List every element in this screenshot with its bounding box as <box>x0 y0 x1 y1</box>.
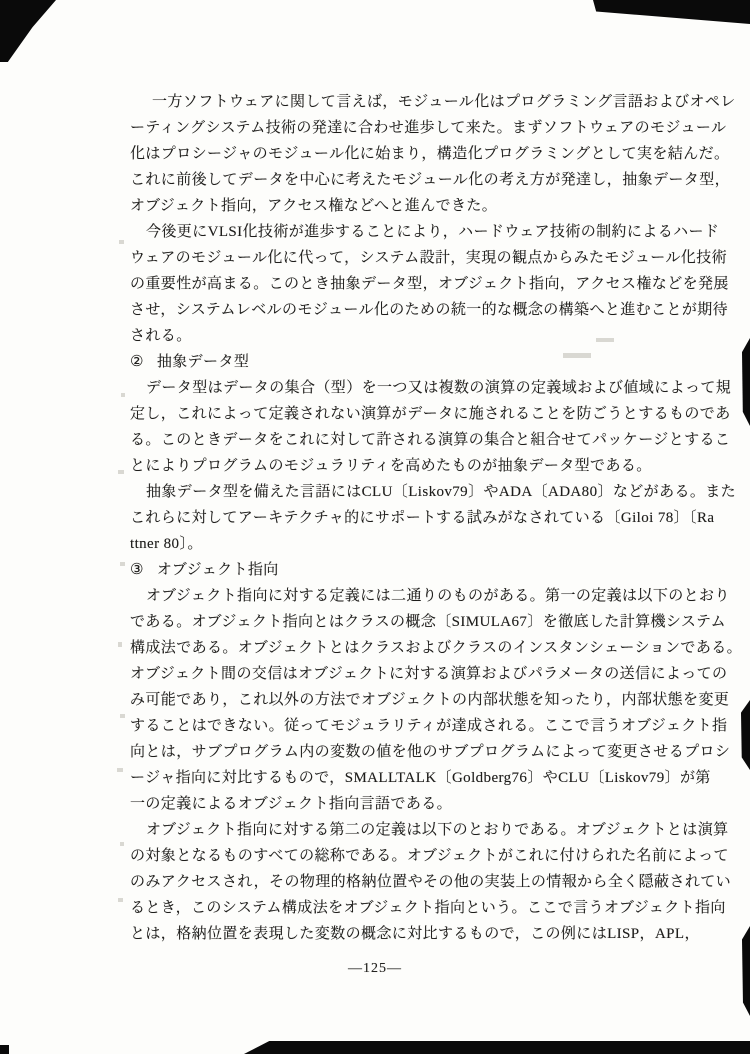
scan-smudge <box>117 768 123 772</box>
scan-smudge <box>119 240 124 244</box>
scan-artifact-right-edge <box>742 338 750 426</box>
scan-artifact-top-left <box>0 0 56 62</box>
text-line: オブジェクト指向，アクセス権などへと進んできた。 <box>130 193 670 219</box>
page-number: —125— <box>0 961 750 977</box>
scan-artifact-bottom-left <box>0 1045 9 1054</box>
text-line: 構成法である。オブジェクトとはクラスおよびクラスのインスタンシェーションである。 <box>130 635 670 661</box>
text-line: とによりプログラムのモジュラリティを高めたものが抽象データ型である。 <box>130 453 670 479</box>
scan-smudge <box>118 642 122 647</box>
circled-3-marker: ③ <box>130 562 144 578</box>
text-line: することはできない。従ってモジュラリティが達成される。ここで言うオブジェクト指 <box>130 713 670 739</box>
section-heading-object-orientation: ③オブジェクト指向 <box>130 557 670 583</box>
scan-smudge <box>118 898 123 902</box>
text-line: の対象となるものすべての総称である。オブジェクトがこれに付けられた名前によって <box>130 843 670 869</box>
text-line: オブジェクト間の交信はオブジェクトに対する演算およびパラメータの送信によっての <box>130 661 670 687</box>
scan-smudge <box>596 338 614 342</box>
text-line: これらに対してアーキテクチャ的にサポートする試みがなされている〔Giloi 78… <box>130 505 670 531</box>
text-line: 定し，これによって定義されない演算がデータに施されることを防ごうとするものであ <box>130 401 670 427</box>
text-line: ージャ指向に対比するもので，SMALLTALK〔Goldberg76〕やCLU〔… <box>130 765 670 791</box>
scan-artifact-right-edge <box>741 700 750 770</box>
text-line: される。 <box>130 323 670 349</box>
text-line: 一の定義によるオブジェクト指向言語である。 <box>130 791 670 817</box>
body-text: 一方ソフトウェアに関して言えば，モジュール化はプログラミング言語およびオペレ ー… <box>130 89 670 947</box>
section-title: 抽象データ型 <box>157 354 249 370</box>
text-line: オブジェクト指向に対する第二の定義は以下のとおりである。オブジェクトとは演算 <box>130 817 670 843</box>
text-line: 向とは，サブプログラム内の変数の値を他のサブプログラムによって変更させるプロシ <box>130 739 670 765</box>
text-line: 化はプロシージャのモジュール化に始まり，構造化プログラミングとして実を結んだ。 <box>130 141 670 167</box>
text-line: のみアクセスされ，その物理的格納位置やその他の実装上の情報から全く隠蔽されてい <box>130 869 670 895</box>
scan-smudge <box>120 714 125 718</box>
text-line: である。オブジェクト指向とはクラスの概念〔SIMULA67〕を徹底した計算機シス… <box>130 609 670 635</box>
text-line: ウェアのモジュール化に代って，システム設計，実現の観点からみたモジュール化技術 <box>130 245 670 271</box>
text-line: データ型はデータの集合（型）を一つ又は複数の演算の定義域および値域によって規 <box>130 375 670 401</box>
circled-2-marker: ② <box>130 354 144 370</box>
scan-smudge <box>118 470 124 474</box>
scan-smudge <box>120 842 124 846</box>
scan-artifact-bottom-edge <box>244 1041 750 1054</box>
text-line: これに前後してデータを中心に考えたモジュール化の考え方が発達し，抽象データ型， <box>130 167 670 193</box>
scan-smudge <box>120 562 125 566</box>
section-title: オブジェクト指向 <box>157 562 279 578</box>
text-line: とは，格納位置を表現した変数の概念に対比するもので，この例にはLISP，APL， <box>130 921 670 947</box>
text-line: ーティングシステム技術の発達に合わせ進歩して来た。まずソフトウェアのモジュール <box>130 115 670 141</box>
scan-artifact-right-edge <box>742 926 750 1016</box>
text-line: ttner 80〕。 <box>130 531 670 557</box>
scan-smudge <box>563 353 591 358</box>
text-line: 今後更にVLSI化技術が進歩することにより，ハードウェア技術の制約によるハード <box>130 219 670 245</box>
scanned-paper-page: 一方ソフトウェアに関して言えば，モジュール化はプログラミング言語およびオペレ ー… <box>0 0 750 1054</box>
text-line: 一方ソフトウェアに関して言えば，モジュール化はプログラミング言語およびオペレ <box>130 89 670 115</box>
text-line: るとき，このシステム構成法をオブジェクト指向という。ここで言うオブジェクト指向 <box>130 895 670 921</box>
text-line: させ，システムレベルのモジュール化のための統一的な概念の構築へと進むことが期待 <box>130 297 670 323</box>
scan-smudge <box>121 393 125 397</box>
text-line: る。このときデータをこれに対して許される演算の集合と組合せてパッケージとするこ <box>130 427 670 453</box>
text-line: み可能であり，これ以外の方法でオブジェクトの内部状態を知ったり，内部状態を変更 <box>130 687 670 713</box>
text-line: オブジェクト指向に対する定義には二通りのものがある。第一の定義は以下のとおり <box>130 583 670 609</box>
text-line: の重要性が高まる。このとき抽象データ型，オブジェクト指向，アクセス権などを発展 <box>130 271 670 297</box>
text-line: 抽象データ型を備えた言語にはCLU〔Liskov79〕やADA〔ADA80〕など… <box>130 479 670 505</box>
scan-artifact-top-right <box>593 0 750 24</box>
